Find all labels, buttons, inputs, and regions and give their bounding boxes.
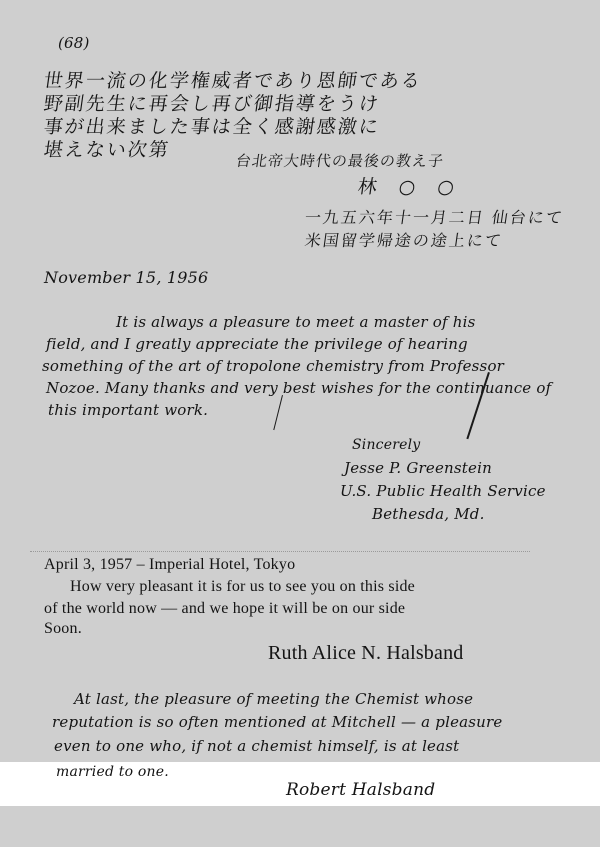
note-line: something of the art of tropolone chemis… (42, 357, 504, 375)
signature-closing: Sincerely (352, 437, 420, 453)
note-line: this important work. (48, 401, 208, 419)
note-line: even to one who, if not a chemist himsel… (54, 737, 459, 755)
note-line: Nozoe. Many thanks and very best wishes … (46, 379, 551, 397)
scanned-page: (68) 世界一流の化学権威者であり恩師である 野副先生に再会し再び御指導をうけ… (0, 0, 600, 847)
japanese-signature-affiliation: 台北帝大時代の最後の教え子 (235, 150, 446, 171)
signature-affiliation: U.S. Public Health Service (340, 482, 546, 500)
note-line: How very pleasant it is for us to see yo… (70, 578, 415, 596)
signature-location: Bethesda, Md. (372, 505, 485, 523)
note-date: November 15, 1956 (44, 268, 208, 287)
signature-name: Ruth Alice N. Halsband (268, 642, 463, 665)
note-line: reputation is so often mentioned at Mitc… (52, 713, 503, 731)
japanese-signature-name: 林 ○ ○ (356, 172, 464, 199)
note-line: Soon. (44, 620, 82, 638)
note-line: It is always a pleasure to meet a master… (116, 313, 475, 331)
ink-stroke (273, 395, 283, 430)
japanese-date-line: 一九五六年十一月二日 仙台にて (303, 205, 565, 228)
japanese-line: 堪えない次第 (42, 135, 172, 162)
signature-name: Jesse P. Greenstein (344, 459, 492, 477)
signature-name: Robert Halsband (286, 780, 435, 800)
dotted-divider (30, 551, 530, 552)
note-line: of the world now — and we hope it will b… (44, 600, 405, 618)
page-number: (68) (58, 34, 90, 52)
note-line: married to one. (56, 764, 169, 780)
note-heading: April 3, 1957 – Imperial Hotel, Tokyo (44, 556, 295, 574)
japanese-date-line: 米国留学帰途の途上にて (303, 228, 504, 251)
note-line: At last, the pleasure of meeting the Che… (74, 690, 473, 708)
note-line: field, and I greatly appreciate the priv… (46, 335, 468, 353)
